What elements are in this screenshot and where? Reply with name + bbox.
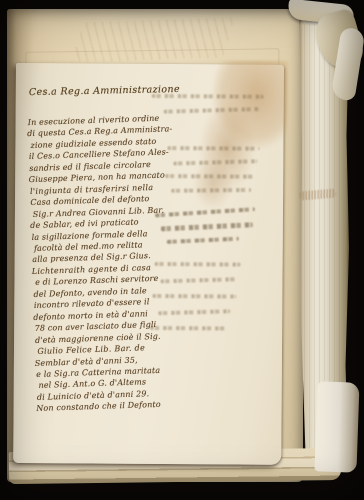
manuscript-photo: Ces.a Reg.a Amministrazione In esecuzion… <box>0 0 364 500</box>
page-edge-bottom-right <box>314 381 359 472</box>
manuscript-body: In esecuzione al riverito ordinedi quest… <box>28 111 223 415</box>
handwritten-sheet: Ces.a Reg.a Amministrazione In esecuzion… <box>13 63 284 465</box>
